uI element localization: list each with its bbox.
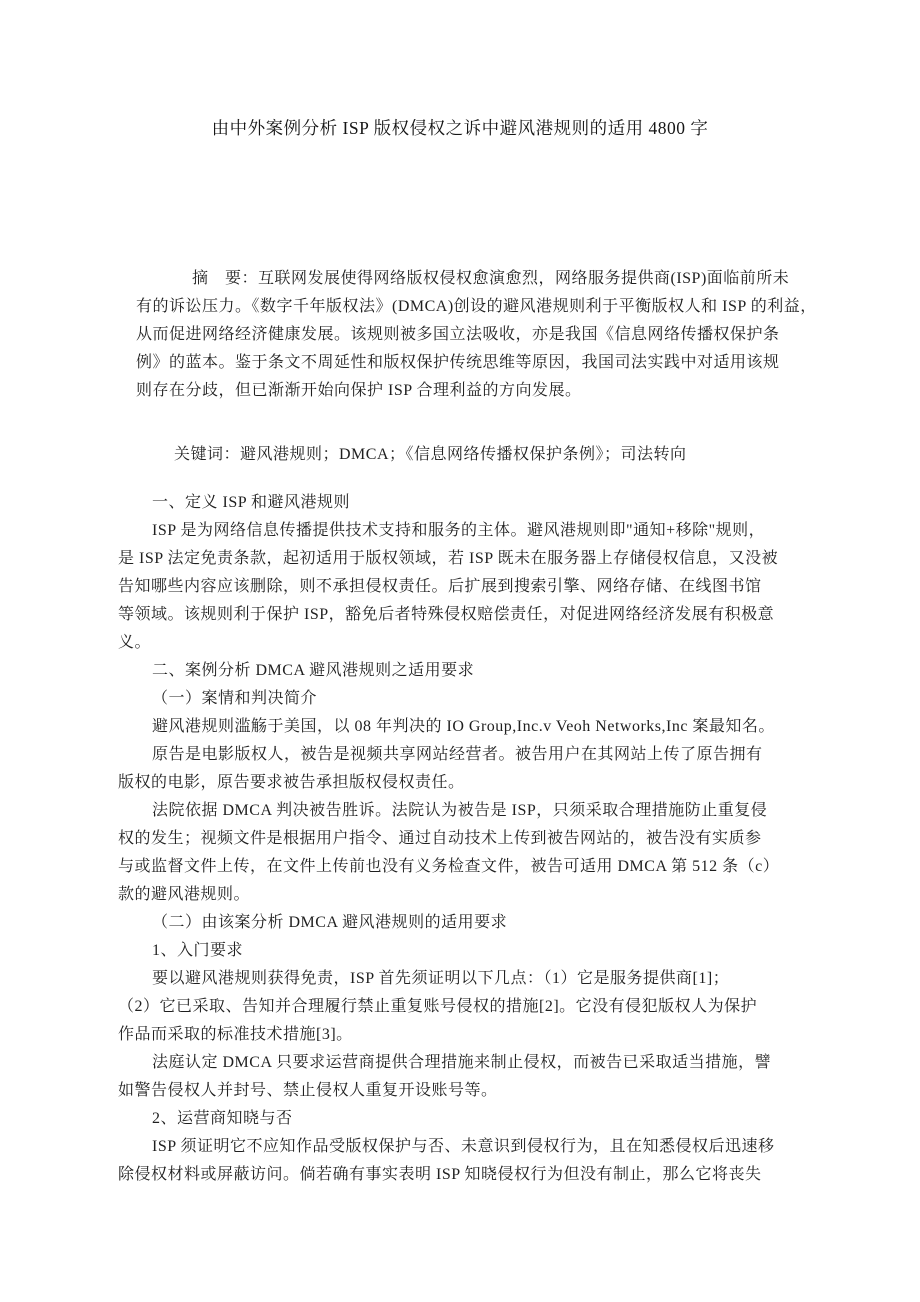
text-line: 要以避风港规则获得免责，ISP 首先须证明以下几点：（1）它是服务提供商[1]； (118, 965, 808, 993)
document-body: 摘 要：互联网发展使得网络版权侵权愈演愈烈，网络服务提供商(ISP)面临前所未有… (118, 265, 808, 1189)
text-line: 避风港规则滥觞于美国，以 08 年判决的 IO Group,Inc.v Veoh… (118, 713, 808, 741)
text-line: 等领域。该规则利于保护 ISP，豁免后者特殊侵权赔偿责任，对促进网络经济发展有积… (118, 601, 808, 629)
text-line: 一、定义 ISP 和避风港规则 (118, 489, 808, 517)
text-line: 从而促进网络经济健康发展。该规则被多国立法吸收，亦是我国《信息网络传播权保护条 (136, 321, 808, 349)
text-line: 则存在分歧，但已渐渐开始向保护 ISP 合理利益的方向发展。 (136, 377, 808, 405)
section-heading: （一）案情和判决简介 (118, 685, 808, 713)
text-line: 告知哪些内容应该删除，则不承担侵权责任。后扩展到搜索引擎、网络存储、在线图书馆 (118, 573, 808, 601)
text-line: 关键词：避风港规则；DMCA；《信息网络传播权保护条例》；司法转向 (136, 441, 808, 469)
text-line: 有的诉讼压力。《数字千年版权法》(DMCA)创设的避风港规则利于平衡版权人和 I… (136, 293, 808, 321)
text-line: 2、运营商知晓与否 (118, 1105, 808, 1133)
text-line: ISP 须证明它不应知作品受版权保护与否、未意识到侵权行为，且在知悉侵权后迅速移 (118, 1133, 808, 1161)
text-line: ISP 是为网络信息传播提供技术支持和服务的主体。避风港规则即"通知+移除"规则… (118, 517, 808, 545)
paragraph: ISP 须证明它不应知作品受版权保护与否、未意识到侵权行为，且在知悉侵权后迅速移… (118, 1133, 808, 1189)
text-line: 与或监督文件上传，在文件上传前也没有义务检查文件，被告可适用 DMCA 第 51… (118, 853, 808, 881)
paragraph: ISP 是为网络信息传播提供技术支持和服务的主体。避风港规则即"通知+移除"规则… (118, 517, 808, 657)
text-line: 例》的蓝本。鉴于条文不周延性和版权保护传统思维等原因，我国司法实践中对适用该规 (136, 349, 808, 377)
section-heading: 2、运营商知晓与否 (118, 1105, 808, 1133)
text-line: 是 ISP 法定免责条款，起初适用于版权领域，若 ISP 既未在服务器上存储侵权… (118, 545, 808, 573)
paragraph: 原告是电影版权人，被告是视频共享网站经营者。被告用户在其网站上传了原告拥有版权的… (118, 741, 808, 797)
text-line: 法庭认定 DMCA 只要求运营商提供合理措施来制止侵权，而被告已采取适当措施，譬 (118, 1049, 808, 1077)
section-heading: （二）由该案分析 DMCA 避风港规则的适用要求 (118, 909, 808, 937)
text-line: 1、入门要求 (118, 937, 808, 965)
text-line: 二、案例分析 DMCA 避风港规则之适用要求 (118, 657, 808, 685)
section-heading: 1、入门要求 (118, 937, 808, 965)
text-line: 摘 要：互联网发展使得网络版权侵权愈演愈烈，网络服务提供商(ISP)面临前所未 (136, 265, 808, 293)
paragraph: 避风港规则滥觞于美国，以 08 年判决的 IO Group,Inc.v Veoh… (118, 713, 808, 741)
text-line: 版权的电影，原告要求被告承担版权侵权责任。 (118, 769, 808, 797)
text-line: 如警告侵权人并封号、禁止侵权人重复开设账号等。 (118, 1077, 808, 1105)
text-line: （一）案情和判决简介 (118, 685, 808, 713)
document-title: 由中外案例分析 ISP 版权侵权之诉中避风港规则的适用 4800 字 (0, 0, 920, 142)
text-line: 原告是电影版权人，被告是视频共享网站经营者。被告用户在其网站上传了原告拥有 (118, 741, 808, 769)
text-line: 义。 (118, 629, 808, 657)
text-line: 作品而采取的标准技术措施[3]。 (118, 1021, 808, 1049)
paragraph: 法庭认定 DMCA 只要求运营商提供合理措施来制止侵权，而被告已采取适当措施，譬… (118, 1049, 808, 1105)
paragraph: 摘 要：互联网发展使得网络版权侵权愈演愈烈，网络服务提供商(ISP)面临前所未有… (136, 265, 808, 405)
paragraph: 法院依据 DMCA 判决被告胜诉。法院认为被告是 ISP，只须采取合理措施防止重… (118, 797, 808, 909)
section-heading: 二、案例分析 DMCA 避风港规则之适用要求 (118, 657, 808, 685)
paragraph: 关键词：避风港规则；DMCA；《信息网络传播权保护条例》；司法转向 (136, 441, 808, 469)
document-page: 由中外案例分析 ISP 版权侵权之诉中避风港规则的适用 4800 字 摘 要：互… (0, 0, 920, 1302)
text-line: 除侵权材料或屏蔽访问。倘若确有事实表明 ISP 知晓侵权行为但没有制止，那么它将… (118, 1161, 808, 1189)
text-line: 款的避风港规则。 (118, 881, 808, 909)
text-line: （2）它已采取、告知并合理履行禁止重复账号侵权的措施[2]。它没有侵犯版权人为保… (118, 993, 808, 1021)
paragraph: 要以避风港规则获得免责，ISP 首先须证明以下几点：（1）它是服务提供商[1]；… (118, 965, 808, 1049)
text-line: （二）由该案分析 DMCA 避风港规则的适用要求 (118, 909, 808, 937)
text-line: 法院依据 DMCA 判决被告胜诉。法院认为被告是 ISP，只须采取合理措施防止重… (118, 797, 808, 825)
text-line: 权的发生；视频文件是根据用户指令、通过自动技术上传到被告网站的，被告没有实质参 (118, 825, 808, 853)
section-heading: 一、定义 ISP 和避风港规则 (118, 489, 808, 517)
